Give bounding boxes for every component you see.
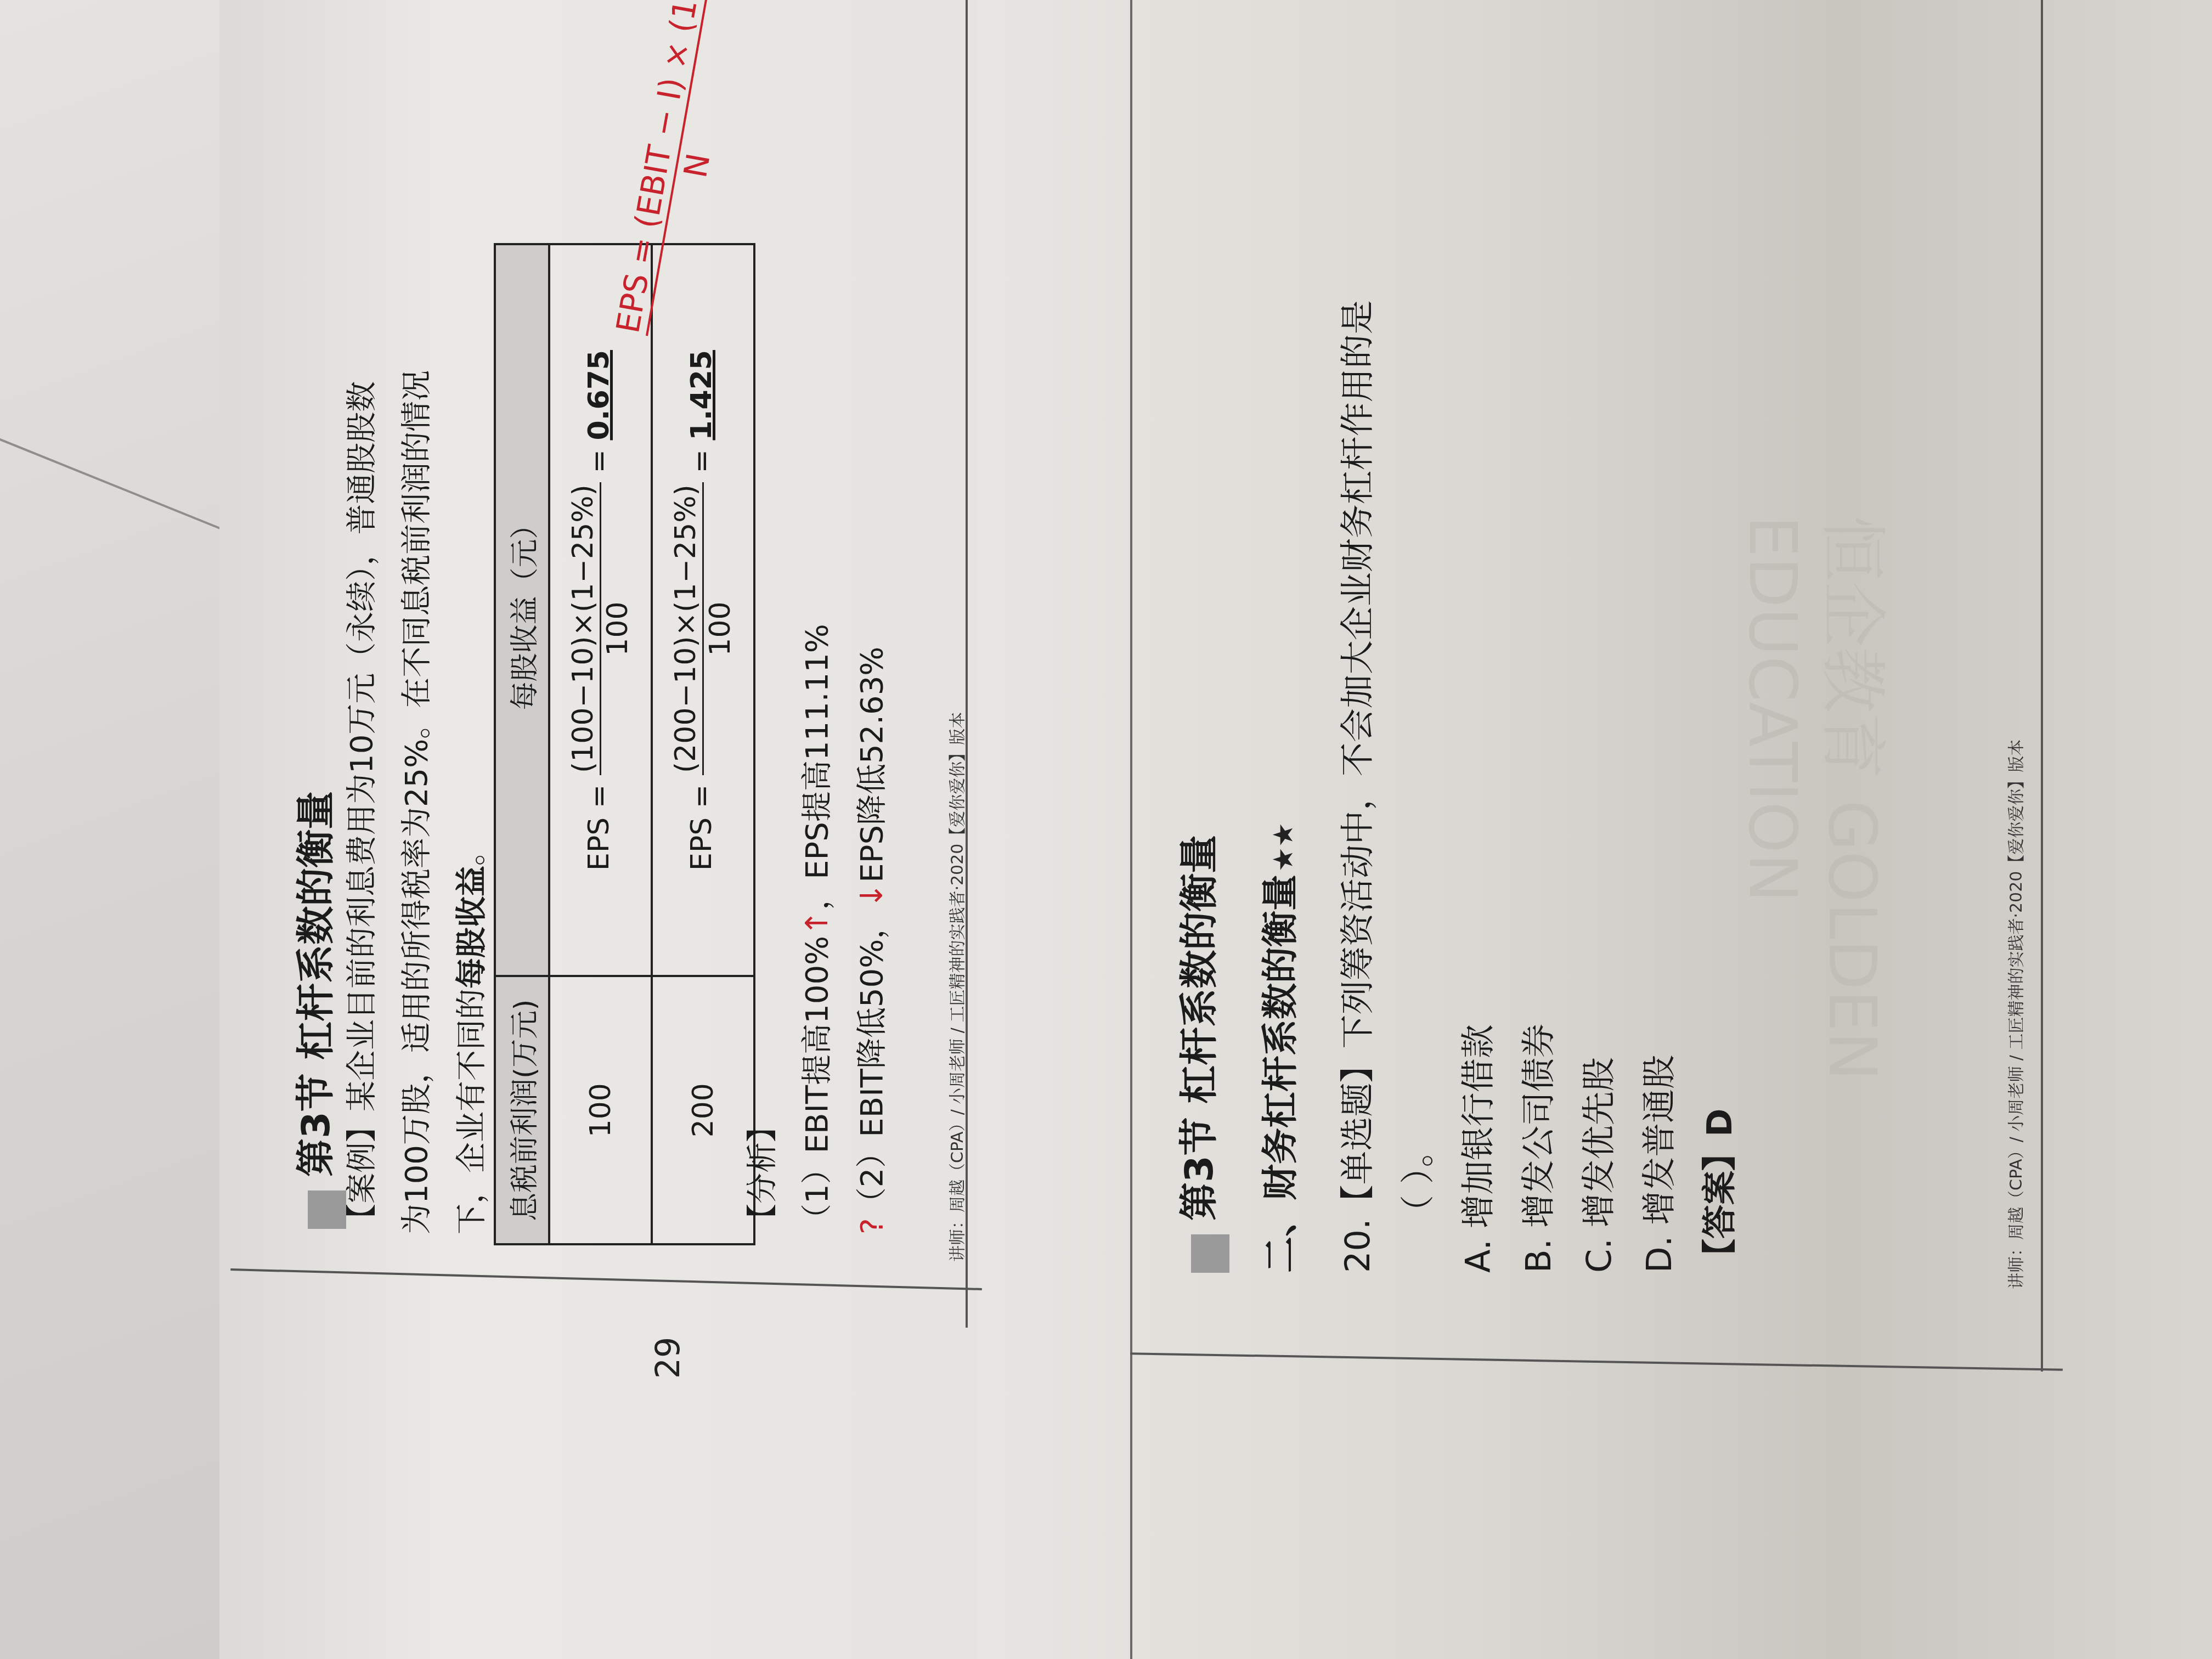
analysis-ebit-change: EBIT降低50% (854, 939, 890, 1137)
option-letter: C. (1579, 1238, 1619, 1273)
eps-table: 息税前利润(万元) 每股收益（元） 100 EPS = (100−10)×(1−… (494, 243, 755, 1245)
option-text: 增发优先股 (1579, 1057, 1619, 1227)
section-badge-icon (1191, 1234, 1229, 1273)
page-number: 29 (649, 1337, 687, 1379)
case-paragraph: 【案例】某企业目前的利息费用为10万元（永续），普通股股数 为100万股，适用的… (335, 370, 499, 1234)
fraction-numerator: (200−10)×(1−25%) (669, 482, 704, 775)
case-line-3-bold: 每股收益 (454, 866, 489, 989)
eps-fraction: (100−10)×(1−25%) 100 (567, 482, 634, 775)
analysis-sep: ， (799, 879, 835, 910)
option-text: 增发公司债券 (1519, 1024, 1559, 1228)
eps-fraction: (200−10)×(1−25%) 100 (669, 482, 737, 775)
question-blank: （ ）。 (1388, 300, 1448, 1273)
question-number: 20. (1338, 1218, 1378, 1273)
analysis-item: ?（2）EBIT降低50%，↓EPS降低52.63% (845, 624, 900, 1234)
subsection-heading: 二、财务杠杆系数的衡量 ★★ (1251, 822, 1303, 1273)
case-line-2: 为100万股，适用的所得税率为25%。在不同息税前利润的情况 (399, 370, 435, 1234)
analysis-eps-change: EPS提高111.11% (799, 624, 835, 879)
right-page-footer: 讲师：周越（CPA）/ 小周老师 / 工匠精神的实践者·2020【爱你爱你】版本 (2002, 740, 2027, 1289)
book-gutter (1130, 0, 1132, 1659)
red-question-mark-icon: ? (854, 1218, 890, 1234)
fraction-denominator: 100 (601, 482, 634, 775)
equals-sign: = (583, 449, 616, 473)
red-up-arrow-icon: ↑ (799, 910, 835, 936)
table-cell-ebit: 100 (549, 976, 652, 1244)
option-item: C. 增发优先股 (1569, 300, 1629, 1273)
left-page-footer: 讲师：周越（CPA）/ 小周老师 / 工匠精神的实践者·2020【爱你爱你】版本 (944, 712, 968, 1262)
table-header-row: 息税前利润(万元) 每股收益（元） (495, 244, 549, 1244)
equals-sign: = (685, 449, 718, 473)
option-letter: D. (1639, 1236, 1679, 1273)
right-section-heading: 第3节 杠杆系数的衡量 (1169, 835, 1229, 1273)
analysis-eps-change: EPS降低52.63% (854, 646, 890, 882)
fraction-denominator: 100 (704, 482, 737, 775)
analysis-ebit-change: EBIT提高100% (799, 936, 835, 1154)
section-title: 第3节 杠杆系数的衡量 (1177, 835, 1222, 1221)
watermark-logo: 恒企教育 GOLDEN EDUCATION (1734, 516, 1905, 1301)
table-cell-eps: EPS = (100−10)×(1−25%) 100 = 0.675 (549, 244, 652, 976)
eps-table-wrapper: 息税前利润(万元) 每股收益（元） 100 EPS = (100−10)×(1−… (494, 243, 755, 1245)
red-down-arrow-icon: ↓ (854, 883, 890, 909)
case-label: 【案例】 (344, 1111, 380, 1234)
table-header-eps: 每股收益（元） (495, 244, 549, 976)
analysis-block: 【分析】 （1）EBIT提高100%↑，EPS提高111.11% ?（2）EBI… (735, 624, 900, 1234)
fraction-numerator: (100−10)×(1−25%) (567, 482, 601, 775)
option-item: B. 增发公司债券 (1509, 300, 1569, 1273)
question-text: 下列筹资活动中，不会加大企业财务杠杆作用的是 (1338, 300, 1378, 1048)
table-row: 100 EPS = (100−10)×(1−25%) 100 = 0.675 (549, 244, 652, 1244)
analysis-item: （1）EBIT提高100%↑，EPS提高111.11% (790, 624, 845, 1234)
analysis-index: （1） (799, 1153, 835, 1234)
eps-label: EPS = (685, 785, 718, 871)
table-header-ebit: 息税前利润(万元) (495, 976, 549, 1244)
option-item: D. 增发普通股 (1629, 300, 1690, 1273)
analysis-label: 【分析】 (735, 624, 790, 1234)
subsection-title: 二、财务杠杆系数的衡量 (1259, 874, 1301, 1273)
question-block: 20.【单选题】下列筹资活动中，不会加大企业财务杠杆作用的是 （ ）。 A. 增… (1328, 300, 1750, 1273)
right-page-frame-right (2041, 0, 2043, 1372)
difficulty-stars-icon: ★★ (1267, 822, 1299, 872)
section-title: 第3节 杠杆系数的衡量 (294, 791, 338, 1177)
case-line-1: 某企业目前的利息费用为10万元（永续），普通股股数 (344, 381, 380, 1111)
analysis-index: （2） (854, 1137, 890, 1218)
analysis-sep: ， (854, 909, 890, 939)
case-line-3: 下，企业有不同的 (454, 989, 489, 1234)
case-line-3-suffix: 。 (454, 835, 489, 866)
option-text: 增发普通股 (1639, 1055, 1679, 1225)
eps-result: 0.675 (583, 350, 616, 440)
option-item: A. 增加银行借款 (1448, 300, 1509, 1273)
option-letter: B. (1519, 1239, 1559, 1273)
option-letter: A. (1458, 1239, 1498, 1273)
question-type: 【单选题】 (1338, 1048, 1378, 1218)
eps-label: EPS = (583, 785, 616, 871)
eps-result: 1.425 (685, 350, 718, 440)
option-text: 增加银行借款 (1458, 1024, 1498, 1228)
